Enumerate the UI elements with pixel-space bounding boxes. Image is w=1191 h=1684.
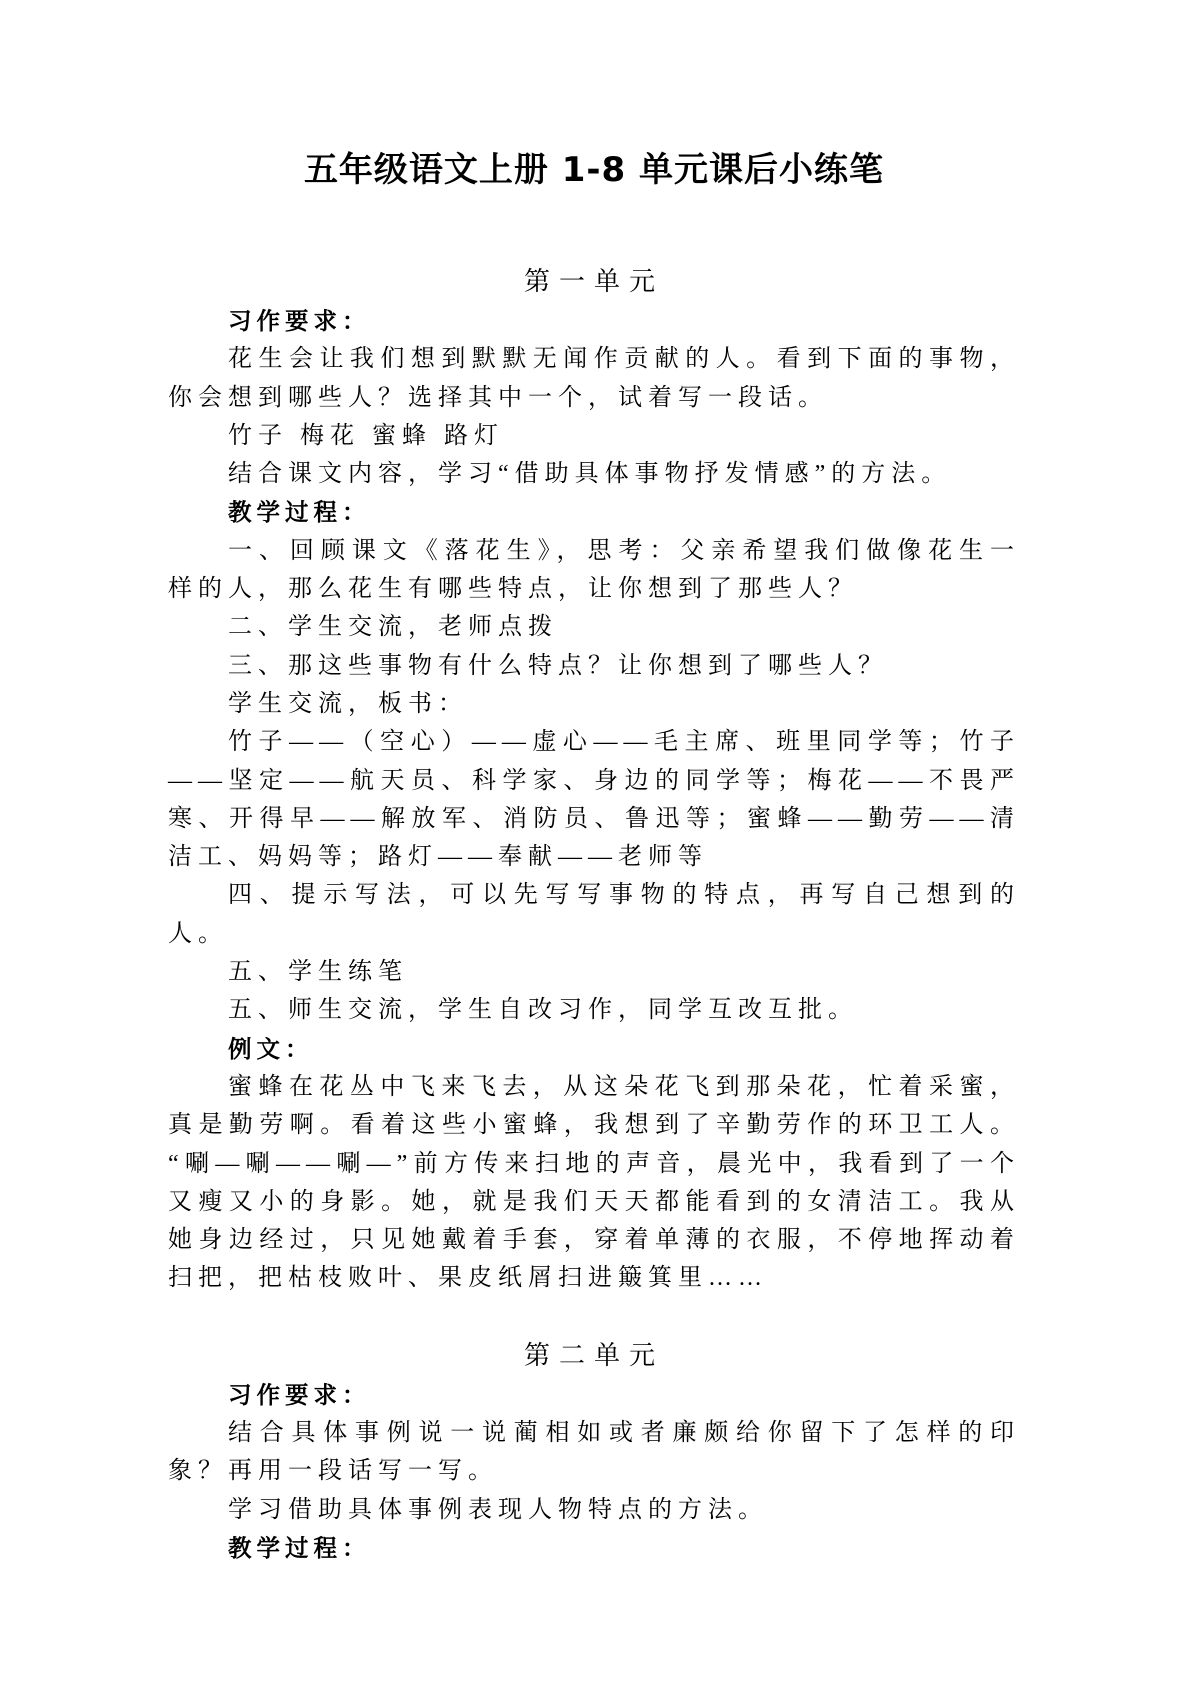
- block-heading: 习作要求：: [168, 1376, 1020, 1414]
- paragraph: 三、那这些事物有什么特点？让你想到了哪些人？: [168, 647, 1020, 685]
- document-title: 五年级语文上册 1-8 单元课后小练笔: [168, 146, 1020, 195]
- paragraph: 学习借助具体事例表现人物特点的方法。: [168, 1491, 1020, 1529]
- paragraph: 五、学生练笔: [168, 953, 1020, 991]
- section-title: 第一单元: [168, 261, 1020, 302]
- document-page: 五年级语文上册 1-8 单元课后小练笔 第一单元习作要求：花生会让我们想到默默无…: [0, 0, 1191, 1684]
- paragraph: 一、回顾课文《落花生》，思考：父亲希望我们做像花生一样的人，那么花生有哪些特点，…: [168, 532, 1020, 609]
- paragraph: 二、学生交流，老师点拨: [168, 608, 1020, 646]
- document-blocks: 第一单元习作要求：花生会让我们想到默默无闻作贡献的人。看到下面的事物，你会想到哪…: [168, 261, 1020, 1567]
- paragraph: 结合课文内容，学习“借助具体事物抒发情感”的方法。: [168, 455, 1020, 493]
- section-title: 第二单元: [168, 1335, 1020, 1376]
- paragraph: 五、师生交流，学生自改习作，同学互改互批。: [168, 991, 1020, 1029]
- paragraph: 竹子——（空心）——虚心——毛主席、班里同学等；竹子——坚定——航天员、科学家、…: [168, 723, 1020, 876]
- paragraph: 花生会让我们想到默默无闻作贡献的人。看到下面的事物，你会想到哪些人？选择其中一个…: [168, 340, 1020, 417]
- block-heading: 教学过程：: [168, 493, 1020, 531]
- paragraph: 蜜蜂在花丛中飞来飞去，从这朵花飞到那朵花，忙着采蜜，真是勤劳啊。看着这些小蜜蜂，…: [168, 1068, 1020, 1298]
- paragraph: 学生交流，板书：: [168, 685, 1020, 723]
- paragraph: 竹子 梅花 蜜蜂 路灯: [168, 417, 1020, 455]
- block-heading: 习作要求：: [168, 302, 1020, 340]
- block-heading: 教学过程：: [168, 1529, 1020, 1567]
- paragraph: 四、提示写法，可以先写写事物的特点，再写自己想到的人。: [168, 876, 1020, 953]
- paragraph: 结合具体事例说一说蔺相如或者廉颇给你留下了怎样的印象？再用一段话写一写。: [168, 1414, 1020, 1491]
- block-heading: 例文：: [168, 1030, 1020, 1068]
